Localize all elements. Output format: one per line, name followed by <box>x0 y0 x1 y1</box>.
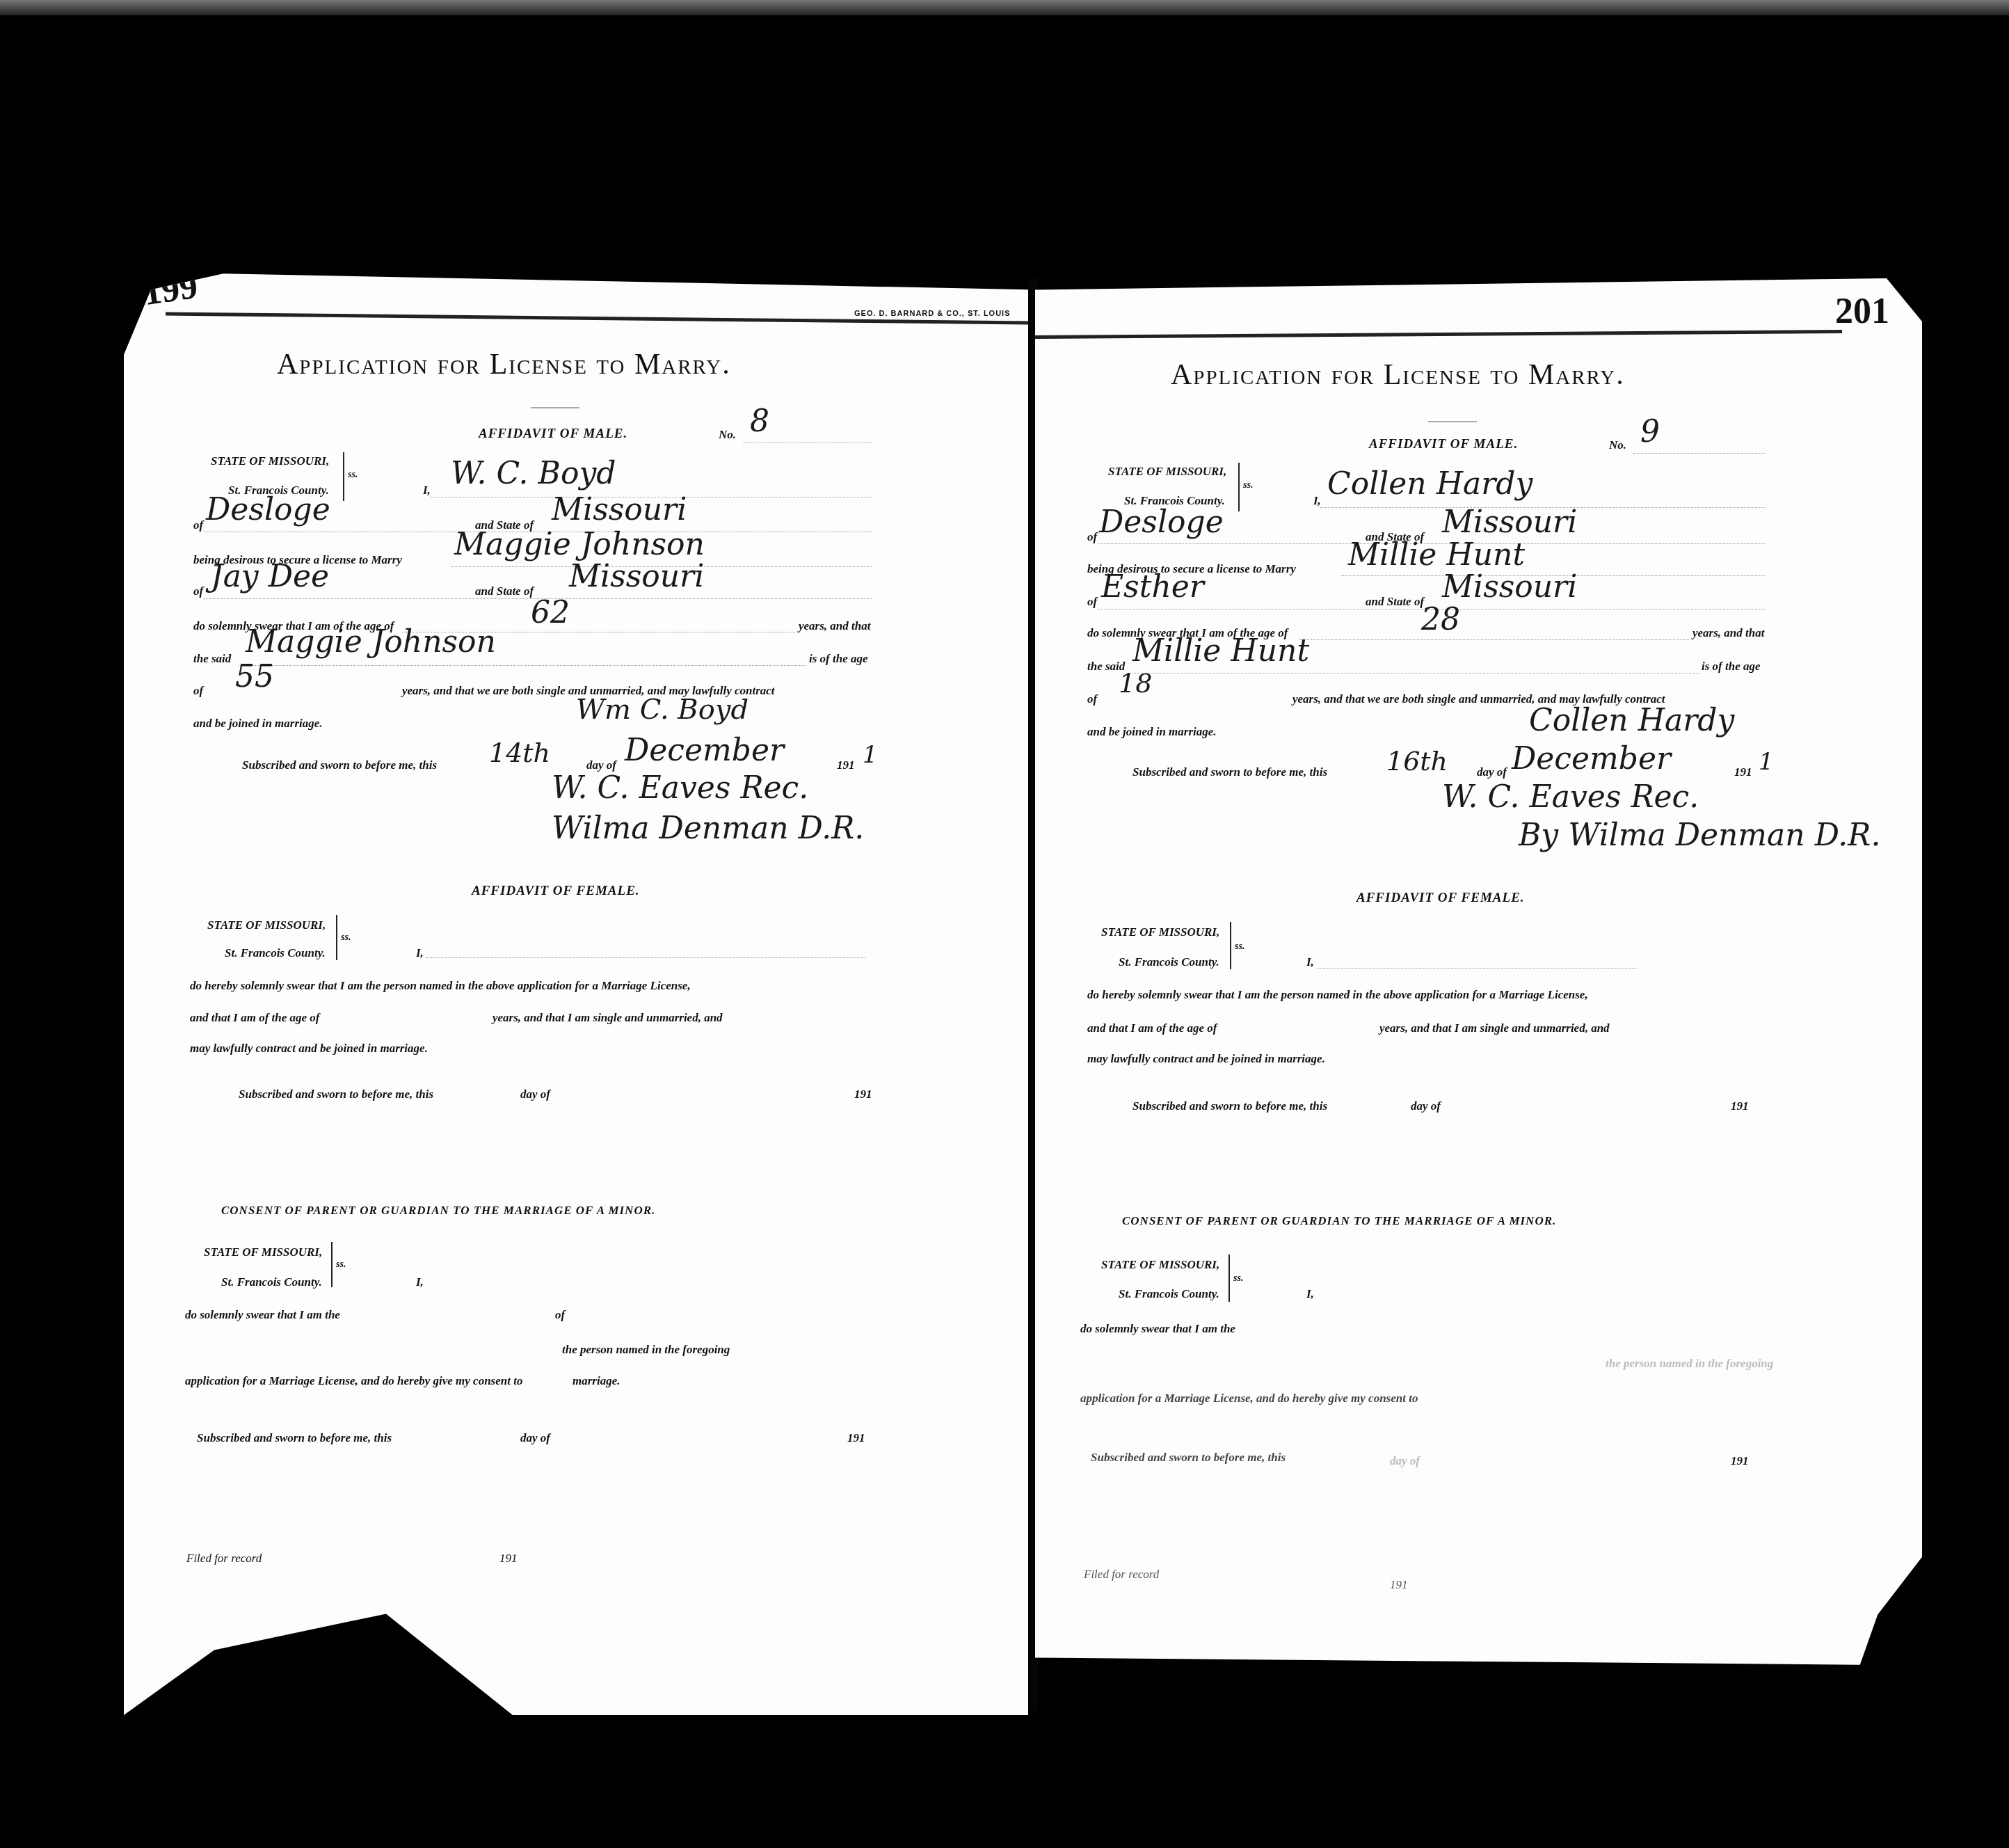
state-label: STATE OF MISSOURI, <box>1101 1258 1219 1272</box>
no-label: No. <box>719 428 736 442</box>
bride-residence: Esther <box>1101 569 1204 605</box>
bride-name: Maggie Johnson <box>454 527 705 562</box>
male-state: Missouri <box>1442 504 1577 540</box>
form-title: Application for License to Marry. <box>1171 358 1625 392</box>
consent-line3: application for a Marriage License, and … <box>185 1374 522 1388</box>
subscribed-label: Subscribed and sworn to before me, this <box>239 1088 433 1101</box>
male-residence: Desloge <box>1099 504 1224 540</box>
filed-year: 191 <box>1390 1578 1408 1592</box>
years-label: years, and that <box>799 619 870 633</box>
brace <box>331 1242 333 1287</box>
blank-line <box>239 664 806 666</box>
county-label: St. Francois County. <box>221 1275 322 1289</box>
sworn-month: December <box>625 733 784 768</box>
scan-top-edge <box>0 0 2009 15</box>
year-prefix: 191 <box>837 758 855 772</box>
sworn-day: 16th <box>1386 746 1448 776</box>
consent-line2: the person named in the foregoing <box>562 1343 730 1357</box>
subscribed-label: Subscribed and sworn to before me, this <box>242 758 437 772</box>
consent-heading: CONSENT OF PARENT OR GUARDIAN TO THE MAR… <box>1122 1214 1556 1228</box>
year-prefix: 191 <box>1731 1454 1749 1468</box>
year-prefix: 191 <box>1734 765 1752 779</box>
brace <box>336 915 337 960</box>
year-prefix: 191 <box>1731 1099 1749 1113</box>
sworn-year-suffix: 1 <box>863 741 878 769</box>
male-residence: Desloge <box>206 492 330 527</box>
bride-age: 55 <box>235 659 274 694</box>
form-title: Application for License to Marry. <box>277 348 731 381</box>
male-signature: Wm C. Boyd <box>576 694 749 726</box>
i-label: I, <box>416 946 424 960</box>
blank-line <box>743 442 872 443</box>
of-label: of <box>1087 595 1097 609</box>
recorder-signature: W. C. Eaves Rec. <box>552 770 808 806</box>
of-label: of <box>1087 530 1097 544</box>
header-rule <box>1035 330 1842 339</box>
state-label: STATE OF MISSOURI, <box>204 1245 322 1259</box>
affidavit-male-heading: AFFIDAVIT OF MALE. <box>479 427 627 442</box>
female-oath-line1: do hereby solemnly swear that I am the p… <box>190 979 691 993</box>
filed-year: 191 <box>499 1552 518 1566</box>
printer-mark: GEO. D. BARNARD & CO., ST. LOUIS <box>854 310 1011 318</box>
bride-residence: Jay Dee <box>211 559 329 594</box>
consent-line3: application for a Marriage License, and … <box>1080 1392 1418 1405</box>
ss-label: ss. <box>1235 941 1244 953</box>
blank-line <box>1132 672 1699 674</box>
register-page-left: 199 GEO. D. BARNARD & CO., ST. LOUIS App… <box>124 268 1028 1715</box>
day-of-label: day of <box>1390 1454 1420 1468</box>
subscribed-label: Subscribed and sworn to before me, this <box>1132 1099 1327 1113</box>
day-of-label: day of <box>1477 765 1507 779</box>
state-label: STATE OF MISSOURI, <box>207 918 326 932</box>
state-label: STATE OF MISSOURI, <box>1108 465 1226 479</box>
page-number: 199 <box>141 268 200 314</box>
consent-of-label: of <box>555 1308 565 1322</box>
bride-name-repeat: Millie Hunt <box>1132 633 1309 669</box>
consent-line1: do solemnly swear that I am the <box>185 1308 340 1322</box>
blank-line <box>1633 452 1766 454</box>
of-label: of <box>193 518 203 532</box>
application-number: 8 <box>750 404 769 439</box>
affidavit-female-heading: AFFIDAVIT OF FEMALE. <box>472 884 640 899</box>
male-name: Collen Hardy <box>1327 466 1532 502</box>
sworn-year-suffix: 1 <box>1759 748 1774 776</box>
of-label: of <box>193 684 203 698</box>
brace <box>1228 1254 1230 1302</box>
application-number: 9 <box>1640 414 1660 449</box>
i-label: I, <box>1313 494 1321 508</box>
brace <box>343 452 344 501</box>
brace <box>1230 922 1231 969</box>
page-number: 201 <box>1835 291 1889 332</box>
county-label: St. Francois County. <box>225 946 326 960</box>
male-age: 28 <box>1421 602 1460 637</box>
sworn-month: December <box>1512 741 1671 776</box>
ss-label: ss. <box>336 1259 346 1270</box>
female-oath-line2a: and that I am of the age of <box>190 1011 320 1025</box>
bride-name-repeat: Maggie Johnson <box>246 624 496 660</box>
female-oath-line2a: and that I am of the age of <box>1087 1021 1217 1035</box>
subscribed-label: Subscribed and sworn to before me, this <box>197 1431 392 1445</box>
bride-state: Missouri <box>1442 569 1577 605</box>
and-state-label: and State of <box>1366 595 1424 609</box>
affidavit-female-heading: AFFIDAVIT OF FEMALE. <box>1356 891 1525 906</box>
bride-state: Missouri <box>569 559 704 594</box>
day-of-label: day of <box>520 1088 550 1101</box>
i-label: I, <box>1306 955 1314 969</box>
of-label: of <box>1087 692 1097 706</box>
joined-label: and be joined in marriage. <box>1087 725 1217 739</box>
female-oath-line3: may lawfully contract and be joined in m… <box>190 1042 428 1056</box>
ss-label: ss. <box>341 932 351 943</box>
male-age: 62 <box>531 595 570 630</box>
divider <box>531 407 579 408</box>
recorder-signature: W. C. Eaves Rec. <box>1442 779 1699 815</box>
blank-line <box>426 957 865 958</box>
ss-label: ss. <box>1243 480 1253 491</box>
i-label: I, <box>416 1275 424 1289</box>
i-label: I, <box>1306 1287 1314 1301</box>
filed-for-record-label: Filed for record <box>1084 1568 1159 1582</box>
i-label: I, <box>423 484 431 497</box>
day-of-label: day of <box>520 1431 550 1445</box>
county-label: St. Francois County. <box>1119 955 1219 969</box>
state-label: STATE OF MISSOURI, <box>211 454 329 468</box>
female-oath-line3: may lawfully contract and be joined in m… <box>1087 1052 1325 1066</box>
filed-for-record-label: Filed for record <box>186 1552 262 1566</box>
consent-line2: the person named in the foregoing <box>1606 1357 1773 1371</box>
years-label: years, and that <box>1692 626 1764 640</box>
brace <box>1238 463 1240 511</box>
affidavit-male-heading: AFFIDAVIT OF MALE. <box>1369 437 1518 452</box>
and-state-label: and State of <box>475 584 534 598</box>
divider <box>1428 421 1477 422</box>
female-oath-line2b: years, and that I am single and unmarrie… <box>1379 1021 1610 1035</box>
is-of-age-label: is of the age <box>1702 660 1761 674</box>
of-label: of <box>193 584 203 598</box>
consent-line1: do solemnly swear that I am the <box>1080 1322 1235 1336</box>
blank-line <box>1317 967 1637 969</box>
subscribed-label: Subscribed and sworn to before me, this <box>1132 765 1327 779</box>
bride-age: 18 <box>1119 668 1152 699</box>
consent-marriage-label: marriage. <box>573 1374 620 1388</box>
bride-name: Millie Hunt <box>1348 537 1525 573</box>
deputy-signature: Wilma Denman D.R. <box>552 811 864 846</box>
male-state: Missouri <box>552 492 687 527</box>
ss-label: ss. <box>1233 1273 1243 1284</box>
county-label: St. Francois County. <box>1119 1287 1219 1301</box>
no-label: No. <box>1609 438 1626 452</box>
deputy-signature: By Wilma Denman D.R. <box>1519 818 1880 853</box>
male-signature: Collen Hardy <box>1529 703 1734 738</box>
ss-label: ss. <box>348 470 358 481</box>
subscribed-label: Subscribed and sworn to before me, this <box>1091 1451 1286 1465</box>
female-oath-line2b: years, and that I am single and unmarrie… <box>493 1011 723 1025</box>
female-oath-line1: do hereby solemnly swear that I am the p… <box>1087 988 1588 1002</box>
day-of-label: day of <box>1411 1099 1441 1113</box>
sworn-day: 14th <box>489 738 550 768</box>
male-name: W. C. Boyd <box>451 456 616 491</box>
register-page-right: 201 Application for License to Marry. AF… <box>1035 278 1922 1715</box>
blank-line <box>1299 639 1689 640</box>
consent-heading: CONSENT OF PARENT OR GUARDIAN TO THE MAR… <box>221 1204 655 1218</box>
year-prefix: 191 <box>847 1431 865 1445</box>
year-prefix: 191 <box>854 1088 872 1101</box>
state-label: STATE OF MISSOURI, <box>1101 925 1219 939</box>
is-of-age-label: is of the age <box>809 652 868 666</box>
joined-label: and be joined in marriage. <box>193 717 323 731</box>
the-said-label: the said <box>193 652 231 666</box>
